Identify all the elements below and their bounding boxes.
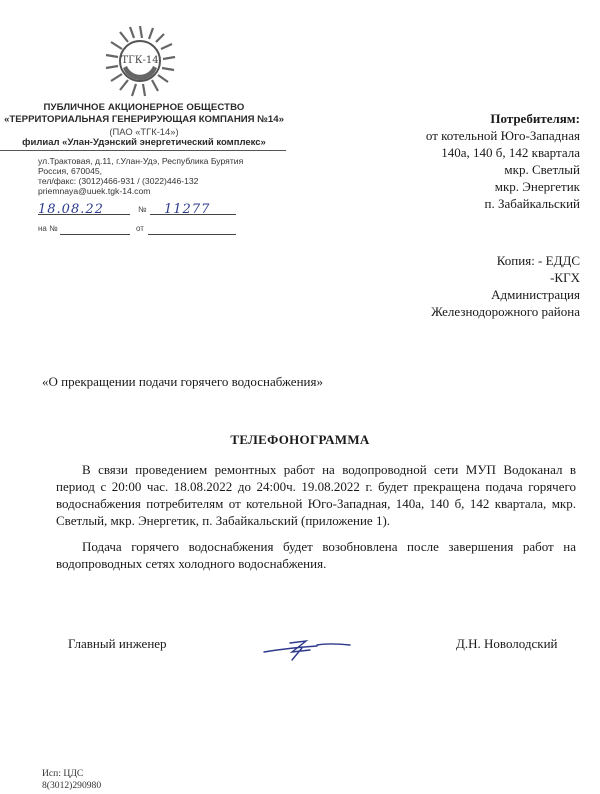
address-line: ул.Трактовая, д.11, г.Улан-Удэ, Республи…: [38, 156, 243, 166]
ref-date-field: [148, 220, 236, 235]
handwritten-number: 11277: [164, 202, 210, 217]
signatory-role: Главный инженер: [68, 636, 167, 652]
reference-row: на № от: [38, 220, 238, 236]
recipients-block: Потребителям: от котельной Юго-Западная …: [426, 110, 580, 212]
org-name-line2: «ТЕРРИТОРИАЛЬНАЯ ГЕНЕРИРУЮЩАЯ КОМПАНИЯ №…: [0, 114, 288, 125]
date-field: 18.08.22: [38, 200, 130, 215]
executor-info: Исп: ЦДС 8(3012)290980: [42, 768, 101, 792]
document-title: ТЕЛЕФОНОГРАММА: [0, 432, 600, 448]
svg-text:ТГК-14: ТГК-14: [121, 55, 158, 66]
recipient-line: от котельной Юго-Западная: [426, 127, 580, 144]
sun-logo-icon: ТГК-14: [101, 22, 179, 100]
signatory-name: Д.Н. Новолодский: [456, 636, 558, 652]
recipients-heading: Потребителям:: [490, 111, 580, 126]
branch-name: филиал «Улан-Удэнский энергетический ком…: [0, 137, 288, 148]
company-logo: ТГК-14: [101, 22, 179, 100]
signature-icon: [262, 634, 352, 662]
number-label: №: [138, 205, 147, 214]
copy-line: Администрация: [431, 286, 580, 303]
copy-line: -КГХ: [431, 269, 580, 286]
subject-line: «О прекращении подачи горячего водоснабж…: [42, 374, 323, 390]
copy-line: Железнодорожного района: [431, 303, 580, 320]
body-paragraph-2: Подача горячего водоснабжения будет возо…: [56, 538, 576, 572]
address-line: Россия, 670045,: [38, 166, 243, 176]
copy-line: Копия: - ЕДДС: [431, 252, 580, 269]
number-field: 11277: [150, 200, 236, 215]
copy-block: Копия: - ЕДДС -КГХ Администрация Железно…: [431, 252, 580, 320]
recipient-line: мкр. Энергетик: [426, 178, 580, 195]
handwritten-signature: [262, 634, 352, 662]
org-short-name: (ПАО «ТГК-14»): [0, 126, 288, 137]
executor-label: Исп: ЦДС: [42, 768, 101, 780]
recipient-line: п. Забайкальский: [426, 195, 580, 212]
body-paragraph-1: В связи проведением ремонтных работ на в…: [56, 461, 576, 529]
letterhead-divider: [0, 150, 286, 151]
outgoing-date-number: 18.08.22 № 11277: [38, 200, 238, 216]
company-address: ул.Трактовая, д.11, г.Улан-Удэ, Республи…: [38, 156, 243, 196]
ref-from-label: от: [136, 224, 144, 233]
recipient-line: мкр. Светлый: [426, 161, 580, 178]
org-name-line1: ПУБЛИЧНОЕ АКЦИОНЕРНОЕ ОБЩЕСТВО: [0, 102, 288, 113]
phone-line: тел/факс: (3012)466-931 / (3022)446-132: [38, 176, 243, 186]
email-line: priemnaya@uuek.tgk-14.com: [38, 186, 243, 196]
executor-phone: 8(3012)290980: [42, 780, 101, 792]
ref-number-label: на №: [38, 224, 58, 233]
handwritten-date: 18.08.22: [38, 202, 104, 217]
ref-number-field: [60, 220, 130, 235]
recipient-line: 140а, 140 б, 142 квартала: [426, 144, 580, 161]
